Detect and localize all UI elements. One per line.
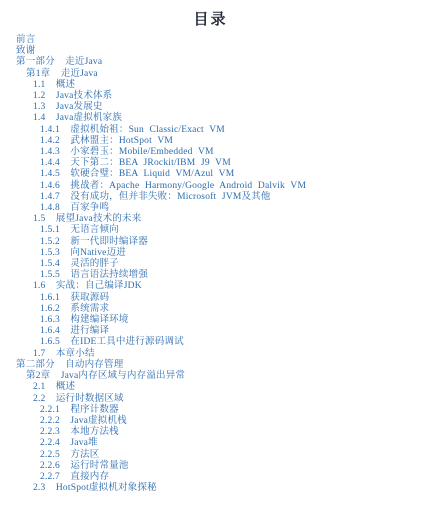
toc-entry[interactable]: 2.2.1 程序计数器 [0, 405, 421, 416]
toc-entry[interactable]: 2.2 运行时数据区域 [0, 394, 421, 405]
toc-entry-label: 概述 [56, 382, 75, 392]
toc-entry-number: 2.2.6 [40, 461, 60, 472]
toc-entry-number: 第一部分 [16, 57, 55, 68]
toc-entry-number: 1.4.7 [40, 192, 60, 203]
toc-entry-label: 概述 [56, 80, 75, 90]
toc-entry[interactable]: 第二部分 自动内存管理 [0, 360, 421, 371]
toc-entry[interactable]: 1.6.2 系统需求 [0, 304, 421, 315]
toc-entry-label: 展望Java技术的未来 [56, 214, 142, 224]
toc-entry-label: 程序计数器 [70, 405, 119, 415]
toc-entry[interactable]: 2.3 HotSpot虚拟机对象探秘 [0, 483, 421, 494]
toc-entry-number: 1.4.6 [40, 181, 60, 192]
toc-entry-number: 2.2.1 [40, 405, 60, 416]
toc-entry[interactable]: 1.5 展望Java技术的未来 [0, 214, 421, 225]
toc-entry[interactable]: 2.2.5 方法区 [0, 450, 421, 461]
toc-entry[interactable]: 1.6.5 在IDE工具中进行源码调试 [0, 337, 421, 348]
toc-entry[interactable]: 1.6.3 构建编译环境 [0, 315, 421, 326]
toc-entry[interactable]: 1.4.1 虚拟机始祖：Sun Classic/Exact VM [0, 125, 421, 136]
toc-entry[interactable]: 1.4.8 百家争鸣 [0, 203, 421, 214]
toc-entry-label: 语言语法持续增强 [70, 270, 148, 280]
toc-entry[interactable]: 1.5.4 灵活的胖子 [0, 259, 421, 270]
toc-entry-number: 1.6.4 [40, 326, 60, 337]
toc-entry[interactable]: 2.2.7 直接内存 [0, 472, 421, 483]
toc-entry[interactable]: 1.6 实战：自己编译JDK [0, 281, 421, 292]
toc-entry-label: 百家争鸣 [70, 203, 109, 213]
toc-entry[interactable]: 2.2.4 Java堆 [0, 438, 421, 449]
toc-entry-label: 小家碧玉：Mobile/Embedded VM [70, 147, 213, 157]
toc-entry-label: 系统需求 [70, 304, 109, 314]
toc-entry-label: 自动内存管理 [65, 360, 123, 370]
toc-entry[interactable]: 1.4.6 挑战者：Apache Harmony/Google Android … [0, 181, 421, 192]
toc-entry[interactable]: 第1章 走近Java [0, 69, 421, 80]
toc-entry-label: Java技术体系 [56, 91, 112, 101]
toc-entry[interactable]: 1.4.4 天下第二：BEA JRockit/IBM J9 VM [0, 158, 421, 169]
toc-entry-label: 前言 [16, 35, 35, 45]
toc-entry-label: 挑战者：Apache Harmony/Google Android Dalvik… [70, 181, 306, 191]
toc-entry[interactable]: 1.6.1 获取源码 [0, 293, 421, 304]
toc-entry-label: 软硬合璧：BEA Liquid VM/Azul VM [70, 169, 234, 179]
toc-entry-number: 1.4.4 [40, 158, 60, 169]
toc-entry[interactable]: 2.2.6 运行时常量池 [0, 461, 421, 472]
toc-entry-number: 2.2.4 [40, 438, 60, 449]
toc-entry[interactable]: 1.1 概述 [0, 80, 421, 91]
toc-entry-label: Java堆 [70, 438, 97, 448]
toc-entry-number: 2.2.7 [40, 472, 60, 483]
toc-entry[interactable]: 1.5.2 新一代即时编译器 [0, 237, 421, 248]
toc-entry-number: 1.6.2 [40, 304, 60, 315]
toc-entry-label: Java虚拟机栈 [70, 416, 126, 426]
toc-entry-number: 1.6 [33, 281, 45, 292]
toc-entry-number: 第1章 [26, 69, 50, 80]
toc-entry-number: 1.4.3 [40, 147, 60, 158]
toc-entry-label: 本地方法栈 [70, 427, 119, 437]
toc-entry-label: HotSpot虚拟机对象探秘 [56, 483, 157, 493]
toc-entry[interactable]: 1.5.3 向Native迈进 [0, 248, 421, 259]
toc-entry-number: 1.6.3 [40, 315, 60, 326]
toc-entry-number: 1.4.2 [40, 136, 60, 147]
toc-entry-label: 致谢 [16, 46, 35, 56]
toc-entry-label: Java发展史 [56, 102, 103, 112]
toc-entry[interactable]: 2.1 概述 [0, 382, 421, 393]
toc-entry[interactable]: 第2章 Java内存区域与内存溢出异常 [0, 371, 421, 382]
toc-entry-number: 2.2 [33, 394, 45, 405]
toc-entry[interactable]: 1.4.5 软硬合璧：BEA Liquid VM/Azul VM [0, 169, 421, 180]
toc-entry[interactable]: 1.5.1 无语言倾向 [0, 225, 421, 236]
toc-entry[interactable]: 1.4.7 没有成功，但并非失败：Microsoft JVM及其他 [0, 192, 421, 203]
toc-list: 前言 致谢 第一部分 走近Java 第1章 走近Java 1.1 概述 1.2 … [0, 35, 421, 494]
toc-entry-number: 1.1 [33, 80, 45, 91]
page-title: 目录 [0, 0, 421, 30]
toc-entry-label: 新一代即时编译器 [70, 237, 148, 247]
toc-page: 目录 前言 致谢 第一部分 走近Java 第1章 走近Java 1.1 概述 1… [0, 0, 421, 513]
toc-entry-number: 第2章 [26, 371, 50, 382]
toc-entry[interactable]: 1.6.4 进行编译 [0, 326, 421, 337]
toc-entry-label: 实战：自己编译JDK [56, 281, 142, 291]
toc-entry-label: 天下第二：BEA JRockit/IBM J9 VM [70, 158, 231, 168]
toc-entry-label: 灵活的胖子 [70, 259, 119, 269]
toc-entry-number: 1.6.1 [40, 293, 60, 304]
toc-entry[interactable]: 2.2.3 本地方法栈 [0, 427, 421, 438]
toc-entry-number: 2.2.5 [40, 450, 60, 461]
toc-entry-label: 在IDE工具中进行源码调试 [70, 337, 183, 347]
toc-entry[interactable]: 第一部分 走近Java [0, 57, 421, 68]
toc-entry-number: 1.5.3 [40, 248, 60, 259]
toc-entry[interactable]: 1.3 Java发展史 [0, 102, 421, 113]
toc-entry-number: 1.6.5 [40, 337, 60, 348]
toc-entry-label: 向Native迈进 [70, 248, 126, 258]
toc-entry-number: 1.5 [33, 214, 45, 225]
toc-entry-label: 构建编译环境 [70, 315, 128, 325]
toc-entry-label: 本章小结 [56, 349, 95, 359]
toc-entry-number: 1.5.2 [40, 237, 60, 248]
toc-entry-label: 走近Java [65, 57, 102, 67]
toc-entry-label: 武林盟主：HotSpot VM [70, 136, 173, 146]
toc-entry-label: 进行编译 [70, 326, 109, 336]
toc-entry-number: 1.4 [33, 113, 45, 124]
toc-entry[interactable]: 致谢 [0, 46, 421, 57]
toc-entry-number: 1.4.5 [40, 169, 60, 180]
toc-entry-label: Java虚拟机家族 [56, 113, 122, 123]
toc-entry-number: 1.4.1 [40, 125, 60, 136]
toc-entry[interactable]: 1.2 Java技术体系 [0, 91, 421, 102]
toc-entry-number: 2.1 [33, 382, 45, 393]
toc-entry-number: 1.4.8 [40, 203, 60, 214]
toc-entry-number: 1.5.4 [40, 259, 60, 270]
toc-entry[interactable]: 1.7 本章小结 [0, 349, 421, 360]
toc-entry-label: 走近Java [61, 69, 98, 79]
toc-entry-number: 2.3 [33, 483, 45, 494]
toc-entry-number: 第二部分 [16, 360, 55, 371]
toc-entry-label: Java内存区域与内存溢出异常 [61, 371, 185, 381]
toc-entry-number: 1.3 [33, 102, 45, 113]
toc-entry-number: 1.5.1 [40, 225, 60, 236]
toc-entry[interactable]: 2.2.2 Java虚拟机栈 [0, 416, 421, 427]
toc-entry[interactable]: 前言 [0, 35, 421, 46]
toc-entry-label: 没有成功，但并非失败：Microsoft JVM及其他 [70, 192, 270, 202]
toc-entry-label: 运行时常量池 [70, 461, 128, 471]
toc-entry-number: 2.2.3 [40, 427, 60, 438]
toc-entry-label: 直接内存 [70, 472, 109, 482]
toc-entry-number: 1.2 [33, 91, 45, 102]
toc-entry-number: 1.7 [33, 349, 45, 360]
toc-entry-label: 虚拟机始祖：Sun Classic/Exact VM [70, 125, 225, 135]
toc-entry[interactable]: 1.4.2 武林盟主：HotSpot VM [0, 136, 421, 147]
toc-entry-number: 1.5.5 [40, 270, 60, 281]
toc-entry-label: 方法区 [70, 450, 99, 460]
toc-entry[interactable]: 1.4 Java虚拟机家族 [0, 113, 421, 124]
toc-entry[interactable]: 1.4.3 小家碧玉：Mobile/Embedded VM [0, 147, 421, 158]
toc-entry-label: 无语言倾向 [70, 225, 119, 235]
toc-entry[interactable]: 1.5.5 语言语法持续增强 [0, 270, 421, 281]
toc-entry-label: 获取源码 [70, 293, 109, 303]
toc-entry-label: 运行时数据区域 [56, 394, 124, 404]
toc-entry-number: 2.2.2 [40, 416, 60, 427]
